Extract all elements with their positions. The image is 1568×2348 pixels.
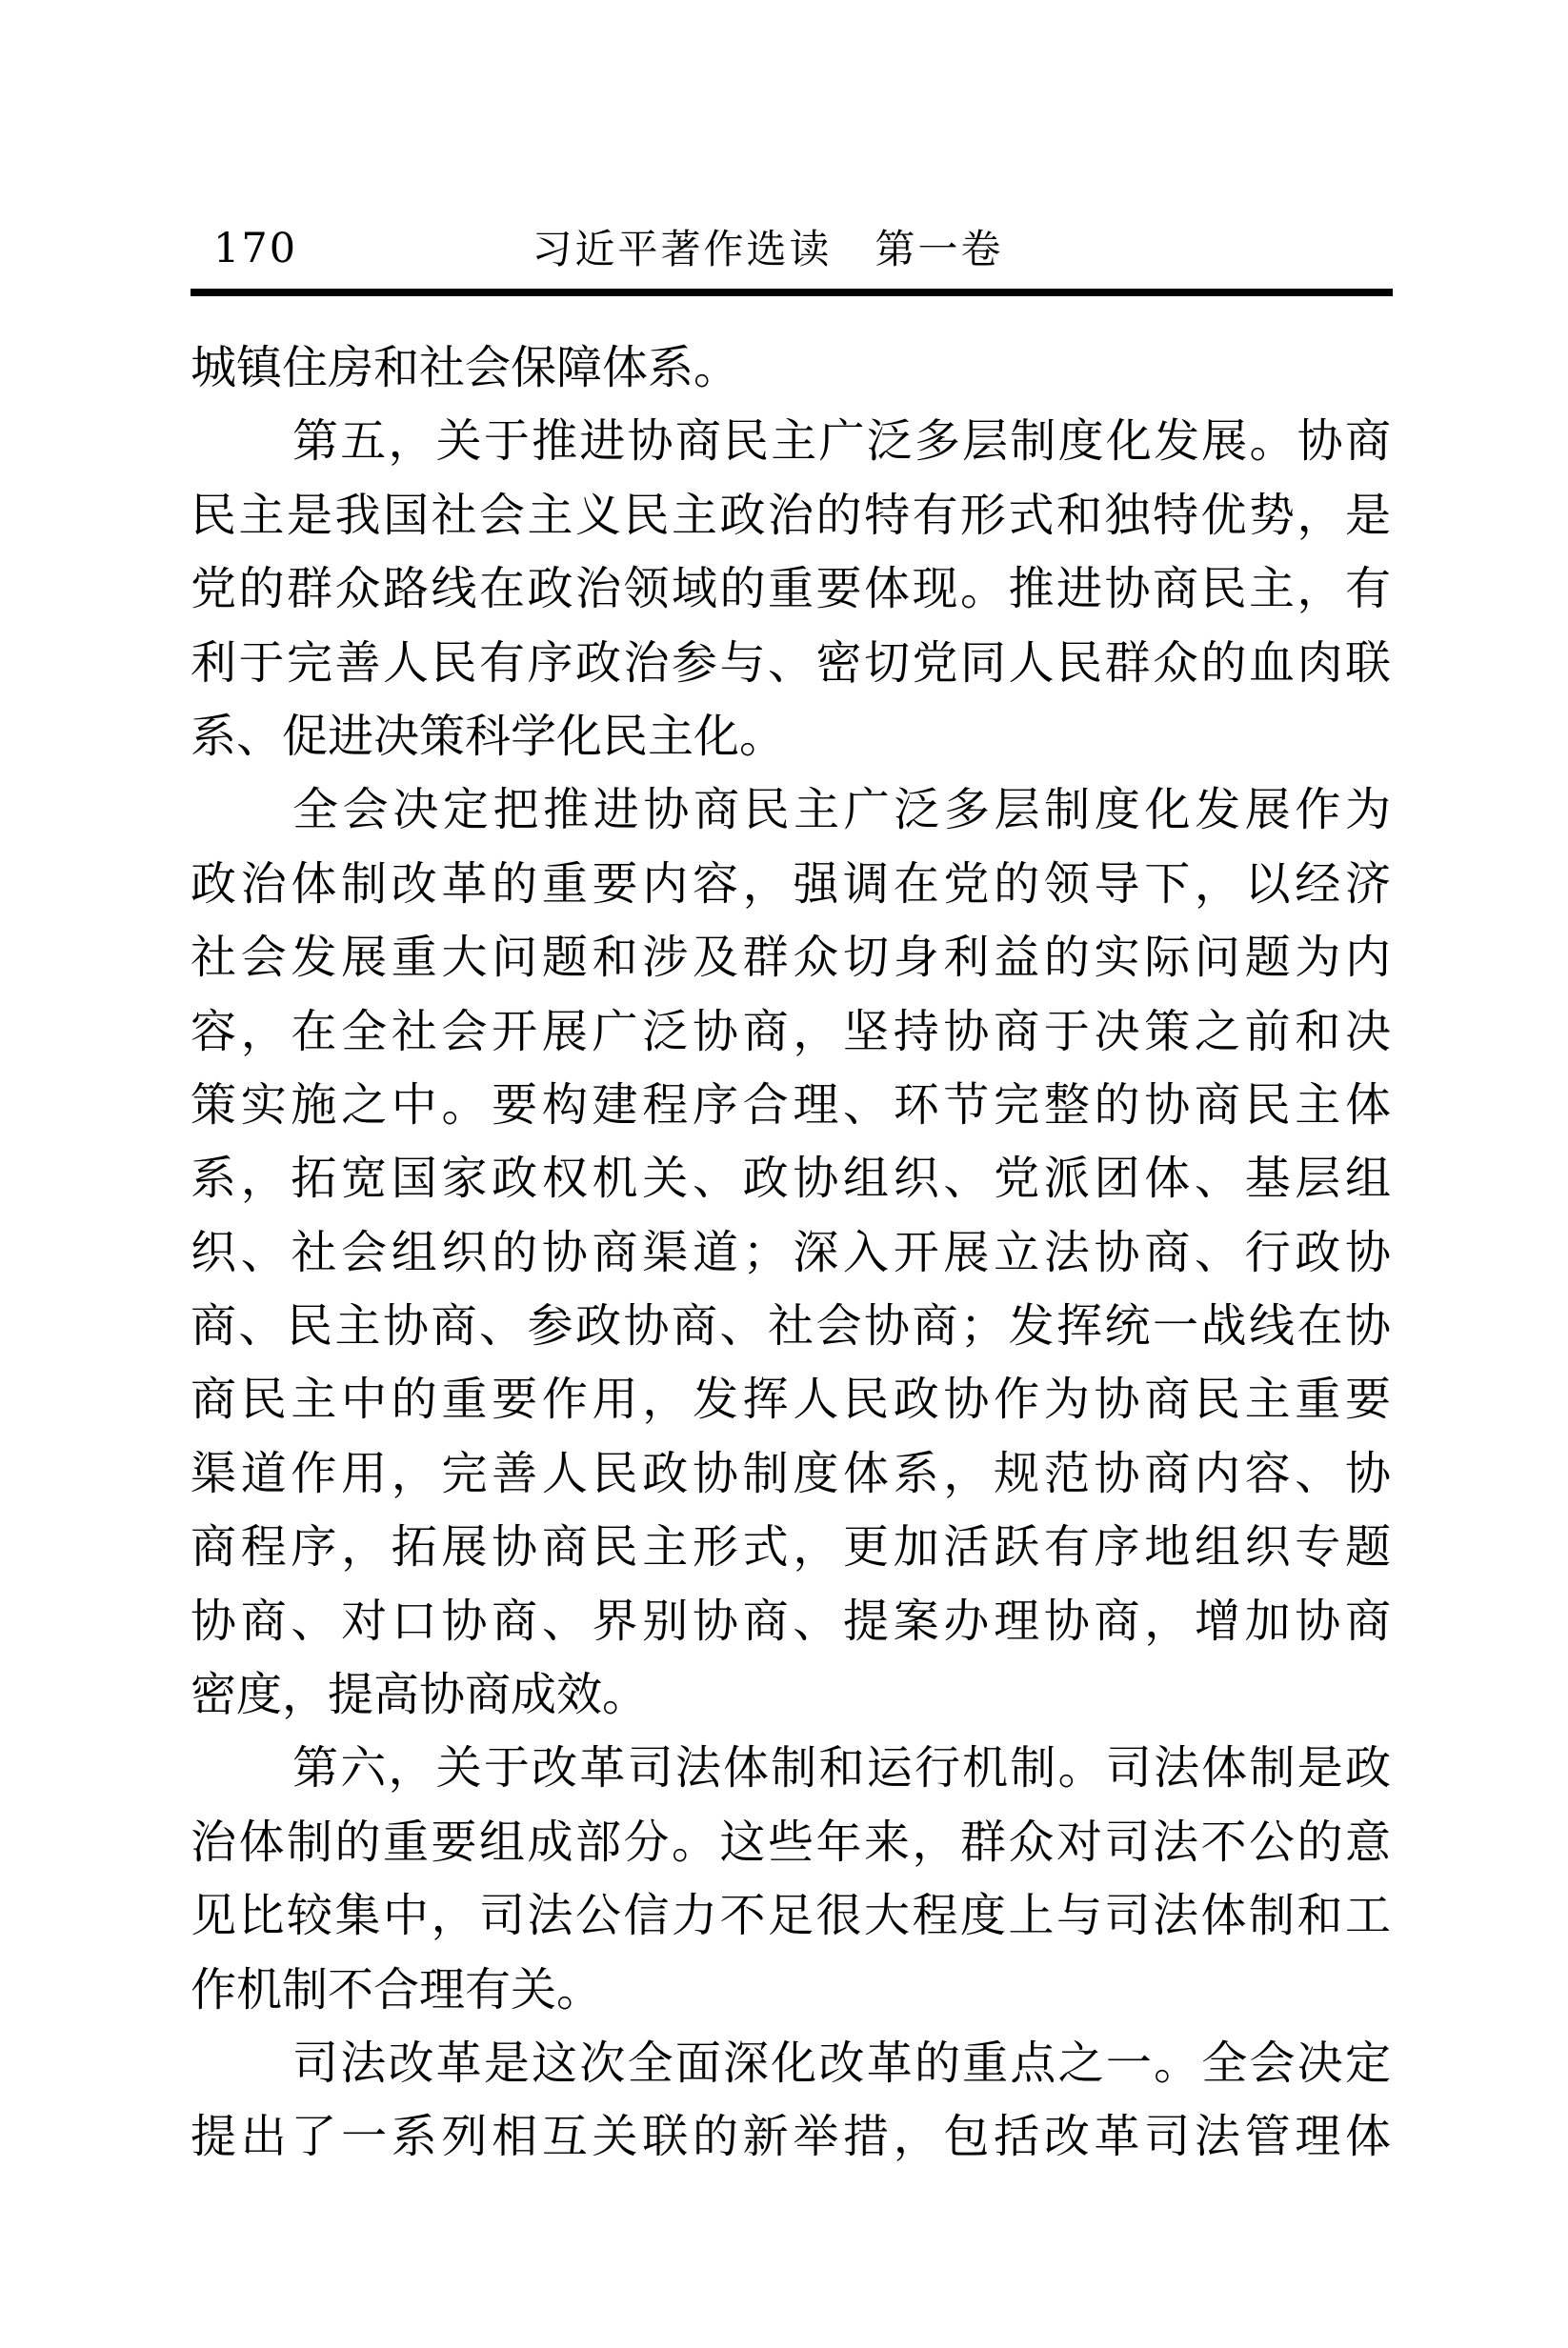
body-line: 利于完善人民有序政治参与、密切党同人民群众的血肉联 [191, 627, 1391, 700]
body-line: 民主是我国社会主义民主政治的特有形式和独特优势，是 [191, 479, 1391, 552]
body-line: 提出了一系列相互关联的新举措，包括改革司法管理体 [191, 2100, 1391, 2174]
body-line: 商民主中的重要作用，发挥人民政协作为协商民主重要 [191, 1363, 1391, 1436]
body-line: 商程序，拓展协商民主形式，更加活跃有序地组织专题 [191, 1511, 1391, 1584]
body-line: 容，在全社会开展广泛协商，坚持协商于决策之前和决 [191, 995, 1391, 1069]
body-line: 见比较集中，司法公信力不足很大程度上与司法体制和工 [191, 1879, 1391, 1953]
body-line: 系，拓宽国家政权机关、政协组织、党派团体、基层组 [191, 1142, 1391, 1215]
body-line: 织、社会组织的协商渠道；深入开展立法协商、行政协 [191, 1216, 1391, 1290]
body-line: 第六，关于改革司法体制和运行机制。司法体制是政 [191, 1732, 1391, 1805]
body-line: 系、促进决策科学化民主化。 [191, 700, 1391, 773]
body-line: 密度，提高协商成效。 [191, 1658, 1391, 1732]
body-line: 治体制的重要组成部分。这些年来，群众对司法不公的意 [191, 1806, 1391, 1879]
book-page: 170 习近平著作选读 第一卷 城镇住房和社会保障体系。 第五，关于推进协商民主… [0, 0, 1568, 2348]
running-header-title: 习近平著作选读 第一卷 [168, 229, 1368, 271]
header-rule-divider [191, 289, 1393, 296]
body-line: 协商、对口协商、界别协商、提案办理协商，增加协商 [191, 1585, 1391, 1658]
body-line: 司法改革是这次全面深化改革的重点之一。全会决定 [191, 2027, 1391, 2100]
body-line: 渠道作用，完善人民政协制度体系，规范协商内容、协 [191, 1437, 1391, 1511]
body-text-block: 城镇住房和社会保障体系。 第五，关于推进协商民主广泛多层制度化发展。协商 民主是… [191, 331, 1391, 2175]
body-line: 策实施之中。要构建程序合理、环节完整的协商民主体 [191, 1069, 1391, 1142]
body-line: 社会发展重大问题和涉及群众切身利益的实际问题为内 [191, 921, 1391, 994]
body-line: 党的群众路线在政治领域的重要体现。推进协商民主，有 [191, 552, 1391, 626]
body-line: 政治体制改革的重要内容，强调在党的领导下，以经济 [191, 848, 1391, 921]
body-line: 全会决定把推进协商民主广泛多层制度化发展作为 [191, 773, 1391, 847]
body-line: 城镇住房和社会保障体系。 [191, 331, 1391, 405]
body-line: 作机制不合理有关。 [191, 1954, 1391, 2027]
body-line: 第五，关于推进协商民主广泛多层制度化发展。协商 [191, 405, 1391, 478]
body-line: 商、民主协商、参政协商、社会协商；发挥统一战线在协 [191, 1290, 1391, 1363]
